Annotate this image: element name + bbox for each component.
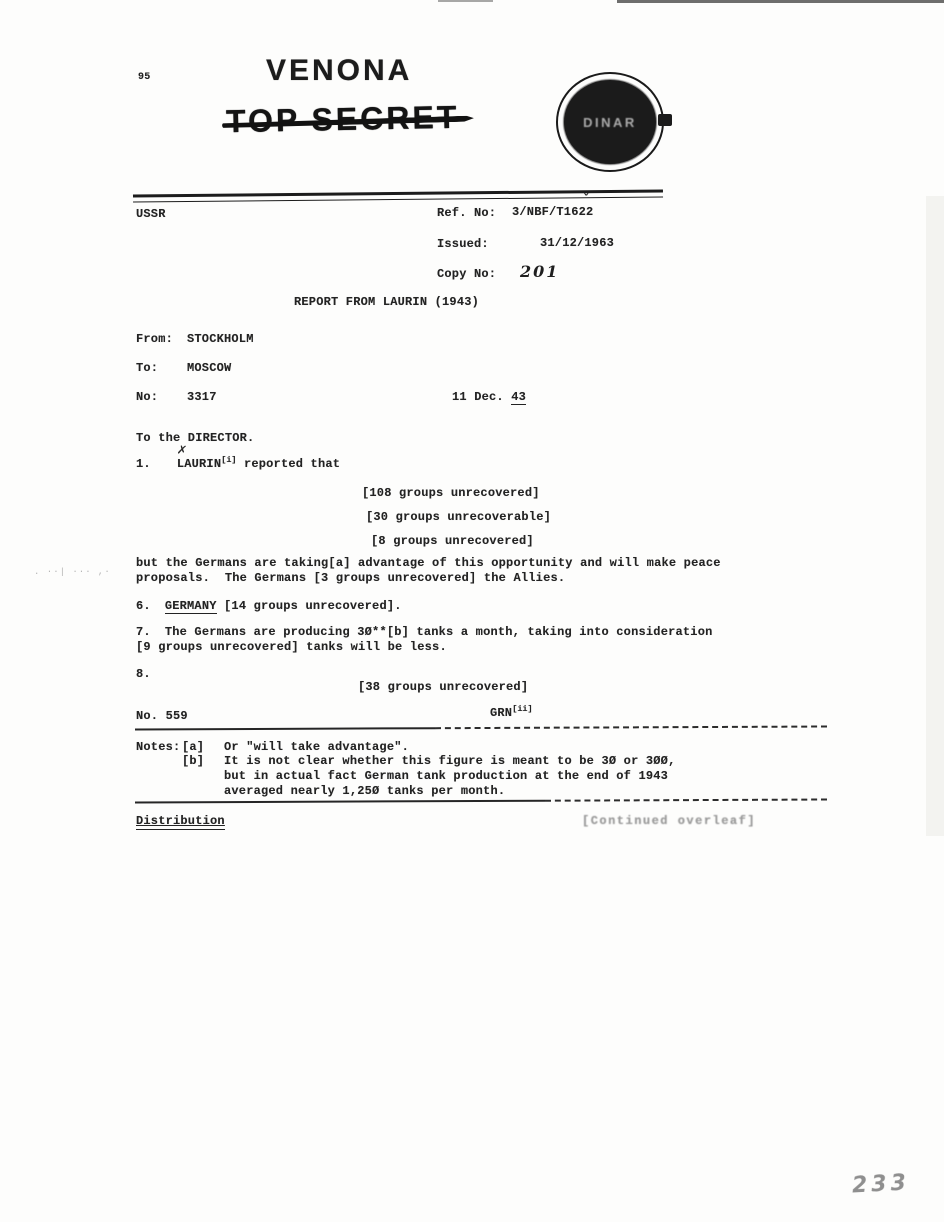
ref-no-label: Ref. No: <box>437 206 496 220</box>
paragraph-1: 1.LAURIN[i] reported that <box>136 457 340 471</box>
paragraph-7-line-2: [9 groups unrecovered] tanks will be les… <box>136 640 447 654</box>
dinar-stamp: DINAR <box>556 72 664 172</box>
salutation: To the DIRECTOR. <box>136 431 254 445</box>
copy-no-value: 201 <box>520 262 559 281</box>
to-label: To: <box>136 361 158 375</box>
message-number: No. 559 <box>136 709 188 723</box>
handwritten-x-mark: ✗ <box>176 442 188 457</box>
notes-top-rule <box>135 725 827 731</box>
footnote-ref-ii: [ii] <box>512 704 532 714</box>
page-number: 95 <box>138 72 150 83</box>
notes-top-rule-dash <box>435 725 827 729</box>
handwritten-sheet-number: 233 <box>851 1171 910 1199</box>
paragraph-8-unrecovered: [38 groups unrecovered] <box>358 680 528 694</box>
dinar-stamp-nub <box>658 114 672 126</box>
notes-label: Notes: <box>136 740 180 754</box>
no-label: No: <box>136 390 158 404</box>
dinar-stamp-inner: DINAR <box>564 80 656 164</box>
issued-label: Issued: <box>437 237 489 251</box>
para-6-country: GERMANY <box>165 599 217 614</box>
scanned-venona-document: 95 VENONA TOP SECRET DINAR USSR Ref. No:… <box>0 0 944 1222</box>
unrecovered-line-1: [108 groups unrecovered] <box>362 486 540 500</box>
note-b-line-1: It is not clear whether this figure is m… <box>224 754 675 768</box>
scan-artifact-top-smudge <box>438 0 493 2</box>
message-date: 11 Dec. 43 <box>452 390 526 404</box>
from-value: STOCKHOLM <box>187 332 254 346</box>
note-a-text: Or "will take advantage". <box>224 740 409 754</box>
footer-rule-solid <box>135 800 545 804</box>
note-b-line-3: averaged nearly 1,25Ø tanks per month. <box>224 784 505 798</box>
unrecovered-line-2: [30 groups unrecoverable] <box>366 510 551 524</box>
para-6-text: [14 groups unrecovered]. <box>217 599 402 613</box>
note-a-marker: [a] <box>182 740 204 754</box>
notes-top-rule-solid <box>135 727 435 730</box>
ref-check-mark: ˇ <box>583 193 590 208</box>
note-b-line-2: but in actual fact German tank productio… <box>224 769 668 783</box>
note-b-marker: [b] <box>182 754 204 768</box>
margin-scribble: . ··| ··· ,· <box>34 567 111 577</box>
unrecovered-line-3: [8 groups unrecovered] <box>371 534 534 548</box>
date-year: 43 <box>511 390 526 405</box>
para-1-text: reported that <box>237 457 341 471</box>
para-7-number: 7. <box>136 625 151 639</box>
continuation-line-1: but the Germans are taking[a] advantage … <box>136 556 721 570</box>
distribution-heading: Distribution <box>136 814 225 830</box>
paragraph-7-line-1: 7.The Germans are producing 3Ø**[b] tank… <box>136 625 713 639</box>
paragraph-6: 6.GERMANY [14 groups unrecovered]. <box>136 599 402 613</box>
country-label: USSR <box>136 207 166 221</box>
paragraph-8-number: 8. <box>136 667 151 681</box>
scan-artifact-top-line <box>617 0 944 3</box>
continued-overleaf-note: [Continued overleaf] <box>582 814 756 828</box>
footer-rule <box>135 798 827 804</box>
from-label: From: <box>136 332 173 346</box>
issued-value: 31/12/1963 <box>540 236 614 250</box>
footer-rule-dash <box>545 798 827 801</box>
copy-no-label: Copy No: <box>437 267 496 281</box>
signature-covername: GRN <box>490 706 512 720</box>
para-7-text: The Germans are producing 3Ø**[b] tanks … <box>165 625 713 639</box>
footnote-ref-i: [i] <box>221 455 236 465</box>
ref-no-value: 3/NBF/T1622 <box>512 205 593 219</box>
date-prefix: 11 Dec. <box>452 390 511 404</box>
signature: GRN[ii] <box>490 706 533 720</box>
para-1-number: 1. <box>136 457 151 471</box>
no-value: 3317 <box>187 390 217 404</box>
venona-title: VENONA <box>266 54 412 88</box>
document-title: REPORT FROM LAURIN (1943) <box>294 295 479 309</box>
para-6-number: 6. <box>136 599 151 613</box>
to-value: MOSCOW <box>187 361 231 375</box>
scan-artifact-edge-band <box>926 196 944 836</box>
continuation-line-2: proposals. The Germans [3 groups unrecov… <box>136 571 565 585</box>
covername-laurin: LAURIN <box>177 457 221 471</box>
dinar-stamp-text: DINAR <box>583 115 637 130</box>
